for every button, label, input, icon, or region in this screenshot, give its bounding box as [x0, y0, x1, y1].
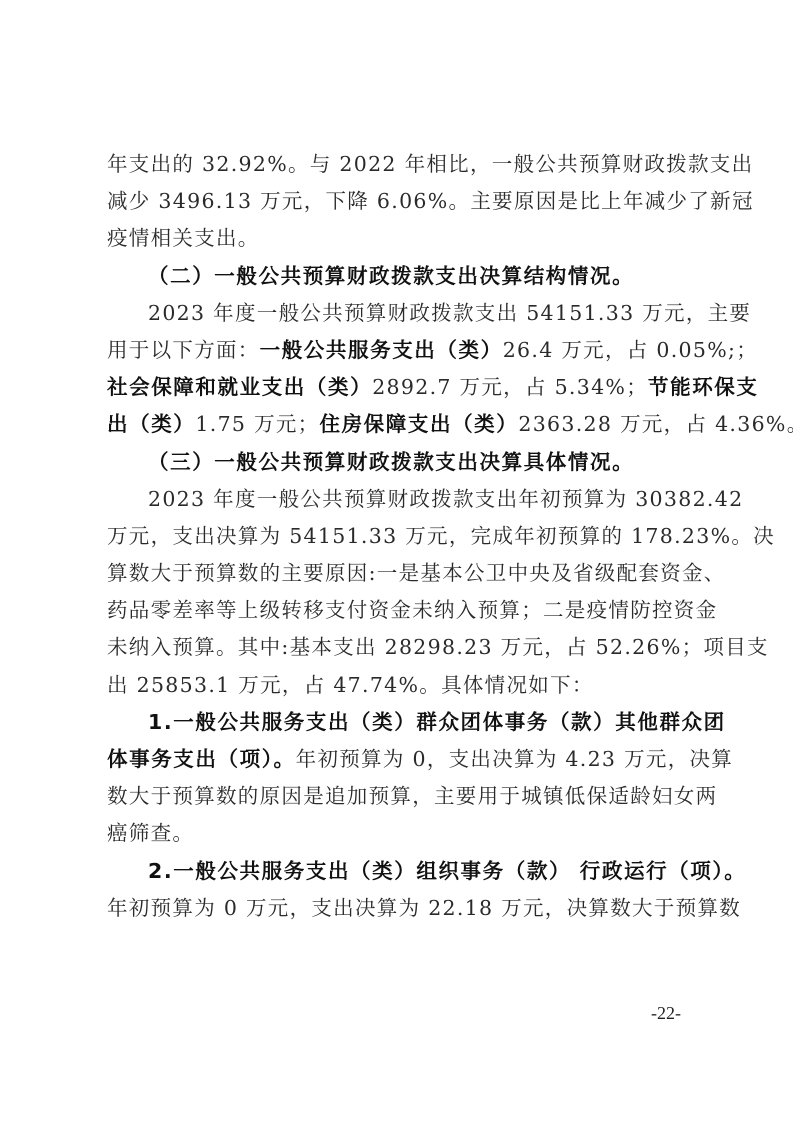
section-heading-3: （三）一般公共预算财政拨款支出决算具体情况。	[107, 444, 693, 481]
text-line: 2023 年度一般公共预算财政拨款支出 54151.33 万元，主要	[107, 295, 693, 332]
text-line: 未纳入预算。其中:基本支出 28298.23 万元，占 52.26%；项目支	[107, 629, 693, 666]
text-line: 出（类）1.75 万元；住房保障支出（类）2363.28 万元，占 4.36%。	[107, 406, 693, 443]
item-heading-1: 1.一般公共服务支出（类）群众团体事务（款）其他群众团	[107, 704, 693, 741]
text-line: 出 25853.1 万元，占 47.74%。具体情况如下：	[107, 667, 693, 704]
item-heading-1-cont: 体事务支出（项）。	[107, 747, 296, 771]
text-span: 2363.28 万元，占 4.36%。	[518, 412, 793, 436]
text-line: 万元，支出决算为 54151.33 万元，完成年初预算的 178.23%。决	[107, 518, 693, 555]
text-line: 减少 3496.13 万元，下降 6.06%。主要原因是比上年减少了新冠	[107, 183, 693, 220]
item-heading-2: 2.一般公共服务支出（类）组织事务（款） 行政运行（项）。	[107, 853, 693, 890]
bold-category: 出（类）	[107, 412, 195, 436]
document-body: 年支出的 32.92%。与 2022 年相比，一般公共预算财政拨款支出 减少 3…	[107, 146, 693, 927]
page-number: -22-	[651, 1003, 681, 1024]
text-line: 算数大于预算数的主要原因:一是基本公卫中央及省级配套资金、	[107, 555, 693, 592]
text-span: 1.75 万元；	[195, 412, 319, 436]
text-line: 用于以下方面：一般公共服务支出（类）26.4 万元，占 0.05%;；	[107, 332, 693, 369]
text-span: 26.4 万元，占 0.05%;；	[503, 338, 758, 362]
text-line: 疫情相关支出。	[107, 220, 693, 257]
text-line: 社会保障和就业支出（类）2892.7 万元，占 5.34%；节能环保支	[107, 369, 693, 406]
text-span: 2892.7 万元，占 5.34%；	[372, 375, 648, 399]
text-span: 用于以下方面：	[107, 338, 260, 362]
text-line: 体事务支出（项）。年初预算为 0，支出决算为 4.23 万元，决算	[107, 741, 693, 778]
text-line: 2023 年度一般公共预算财政拨款支出年初预算为 30382.42	[107, 481, 693, 518]
bold-category: 一般公共服务支出（类）	[260, 338, 503, 362]
text-line: 癌筛查。	[107, 815, 693, 852]
bold-category: 社会保障和就业支出（类）	[107, 375, 372, 399]
bold-category: 节能环保支	[648, 375, 759, 399]
text-line: 数大于预算数的原因是追加预算，主要用于城镇低保适龄妇女两	[107, 778, 693, 815]
text-span: 年初预算为 0，支出决算为 4.23 万元，决算	[296, 747, 733, 771]
text-line: 年支出的 32.92%。与 2022 年相比，一般公共预算财政拨款支出	[107, 146, 693, 183]
bold-category: 住房保障支出（类）	[319, 412, 518, 436]
section-heading-2: （二）一般公共预算财政拨款支出决算结构情况。	[107, 258, 693, 295]
text-line: 药品零差率等上级转移支付资金未纳入预算；二是疫情防控资金	[107, 592, 693, 629]
text-line: 年初预算为 0 万元，支出决算为 22.18 万元，决算数大于预算数	[107, 890, 693, 927]
